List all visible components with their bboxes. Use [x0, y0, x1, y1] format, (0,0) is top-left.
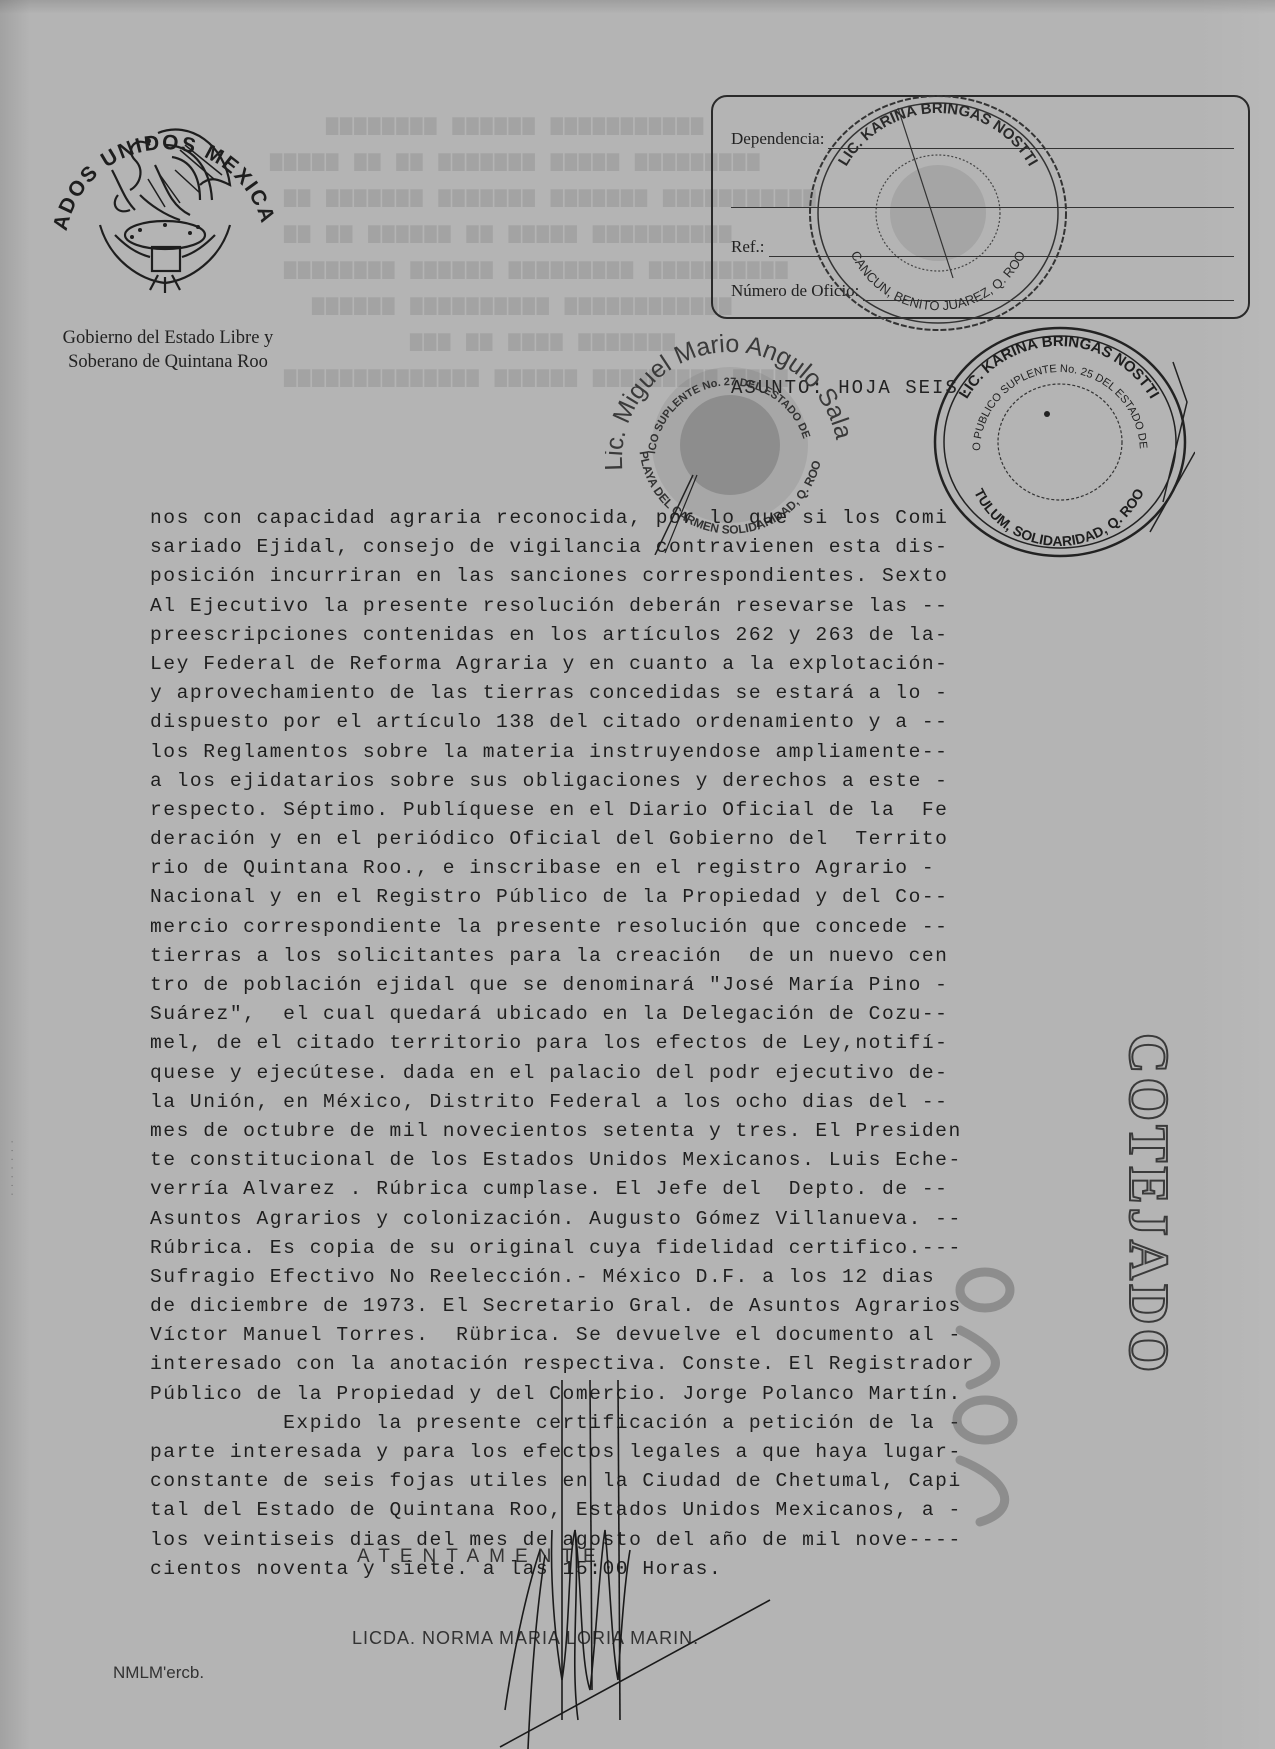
body-line: posición incurriran en las sanciones cor…	[150, 562, 1130, 591]
numero-oficio-label: Número de Oficio:	[731, 281, 859, 301]
body-line: tro de población ejidal que se denominar…	[150, 971, 1130, 1000]
body-line: los Reglamentos sobre la materia instruy…	[150, 738, 1130, 767]
numero-oficio-line	[863, 286, 1234, 301]
body-line: dispuesto por el artículo 138 del citado…	[150, 708, 1130, 737]
body-line: sariado Ejidal, consejo de vigilancia co…	[150, 533, 1130, 562]
body-line: quese y ejecútese. dada en el palacio de…	[150, 1059, 1130, 1088]
body-line: preescripciones contenidas en los artícu…	[150, 621, 1130, 650]
subject-line: ASUNTO: HOJA SEIS.	[731, 377, 972, 399]
body-line: Suárez", el cual quedará ubicado en la D…	[150, 1000, 1130, 1029]
body-line: a los ejidatarios sobre sus obligaciones…	[150, 767, 1130, 796]
body-line: de diciembre de 1973. El Secretario Gral…	[150, 1292, 1130, 1321]
ref-label: Ref.:	[731, 237, 765, 257]
continuation-line	[731, 193, 1234, 208]
body-line: constante de seis fojas utiles en la Ciu…	[150, 1467, 1130, 1496]
body-line: nos con capacidad agraria reconocida, po…	[150, 504, 1130, 533]
body-line: rio de Quintana Roo., e inscribase en el…	[150, 854, 1130, 883]
body-line: Rúbrica. Es copia de su original cuya fi…	[150, 1234, 1130, 1263]
signer-name: LICDA. NORMA MARIA LORIA MARIN.	[352, 1628, 699, 1649]
body-line: mercio correspondiente la presente resol…	[150, 913, 1130, 942]
svg-text:Lic. Miguel Mario Angulo Sala: Lic. Miguel Mario Angulo Sala	[605, 330, 855, 471]
body-line: deración y en el periódico Oficial del G…	[150, 825, 1130, 854]
ref-line	[769, 242, 1234, 257]
body-line: respecto. Séptimo. Publíquese en el Diar…	[150, 796, 1130, 825]
body-line: verría Alvarez . Rúbrica cumplase. El Je…	[150, 1175, 1130, 1204]
government-line-2: Soberano de Quintana Roo	[18, 350, 318, 374]
body-line: los veintiseis dias del mes de agosto de…	[150, 1526, 1130, 1555]
margin-note: · · · · · · ·	[2, 1140, 22, 1440]
body-line: y aprovechamiento de las tierras concedi…	[150, 679, 1130, 708]
body-line: la Unión, en México, Distrito Federal a …	[150, 1088, 1130, 1117]
numero-oficio-field: Número de Oficio:	[731, 281, 1234, 301]
dependencia-line	[828, 134, 1234, 149]
body-line: te constitucional de los Estados Unidos …	[150, 1146, 1130, 1175]
body-line: tierras a los solicitantes para la creac…	[150, 942, 1130, 971]
salutation: ATENTAMENTE.	[357, 1546, 621, 1568]
body-line: tal del Estado de Quintana Roo, Estados …	[150, 1496, 1130, 1525]
government-name: Gobierno del Estado Libre y Soberano de …	[18, 326, 318, 374]
body-line: mel, de el citado territorio para los ef…	[150, 1029, 1130, 1058]
body-line: Nacional y en el Registro Público de la …	[150, 883, 1130, 912]
typist-initials: NMLM'ercb.	[113, 1663, 204, 1683]
cotejado-text: COTEJADO	[1116, 1033, 1180, 1353]
dependencia-field: Dependencia:	[731, 129, 1234, 149]
body-line: Asuntos Agrarios y colonización. Augusto…	[150, 1205, 1130, 1234]
reference-box: Dependencia: Ref.: Número de Oficio:	[711, 95, 1250, 319]
svg-text:ESTADOS UNIDOS MEXICANOS: ESTADOS UNIDOS MEXICANOS	[40, 75, 280, 233]
mexican-coat-of-arms-icon: ESTADOS UNIDOS MEXICANOS	[40, 75, 290, 300]
body-line: Expido la presente certificación a petic…	[150, 1409, 1130, 1438]
body-line: Sufragio Efectivo No Reelección.- México…	[150, 1263, 1130, 1292]
ref-field: Ref.:	[731, 237, 1234, 257]
dependencia-label: Dependencia:	[731, 129, 824, 149]
body-line: Víctor Manuel Torres. Rübrica. Se devuel…	[150, 1321, 1130, 1350]
body-line: Al Ejecutivo la presente resolución debe…	[150, 592, 1130, 621]
government-line-1: Gobierno del Estado Libre y	[18, 326, 318, 350]
body-line: parte interesada y para los efectos lega…	[150, 1438, 1130, 1467]
body-line: interesado con la anotación respectiva. …	[150, 1350, 1130, 1379]
dependencia-continuation	[727, 193, 1234, 208]
body-line: Ley Federal de Reforma Agraria y en cuan…	[150, 650, 1130, 679]
body-line: Público de la Propiedad y del Comercio. …	[150, 1380, 1130, 1409]
body-line: mes de octubre de mil novecientos setent…	[150, 1117, 1130, 1146]
body-line: cientos noventa y siete. a las 15:00 Hor…	[150, 1555, 1130, 1584]
document-body: nos con capacidad agraria reconocida, po…	[150, 504, 1130, 1584]
svg-text:LIC. KARINA BRINGAS NOSTTI: LIC. KARINA BRINGAS NOSTTI	[956, 333, 1162, 402]
